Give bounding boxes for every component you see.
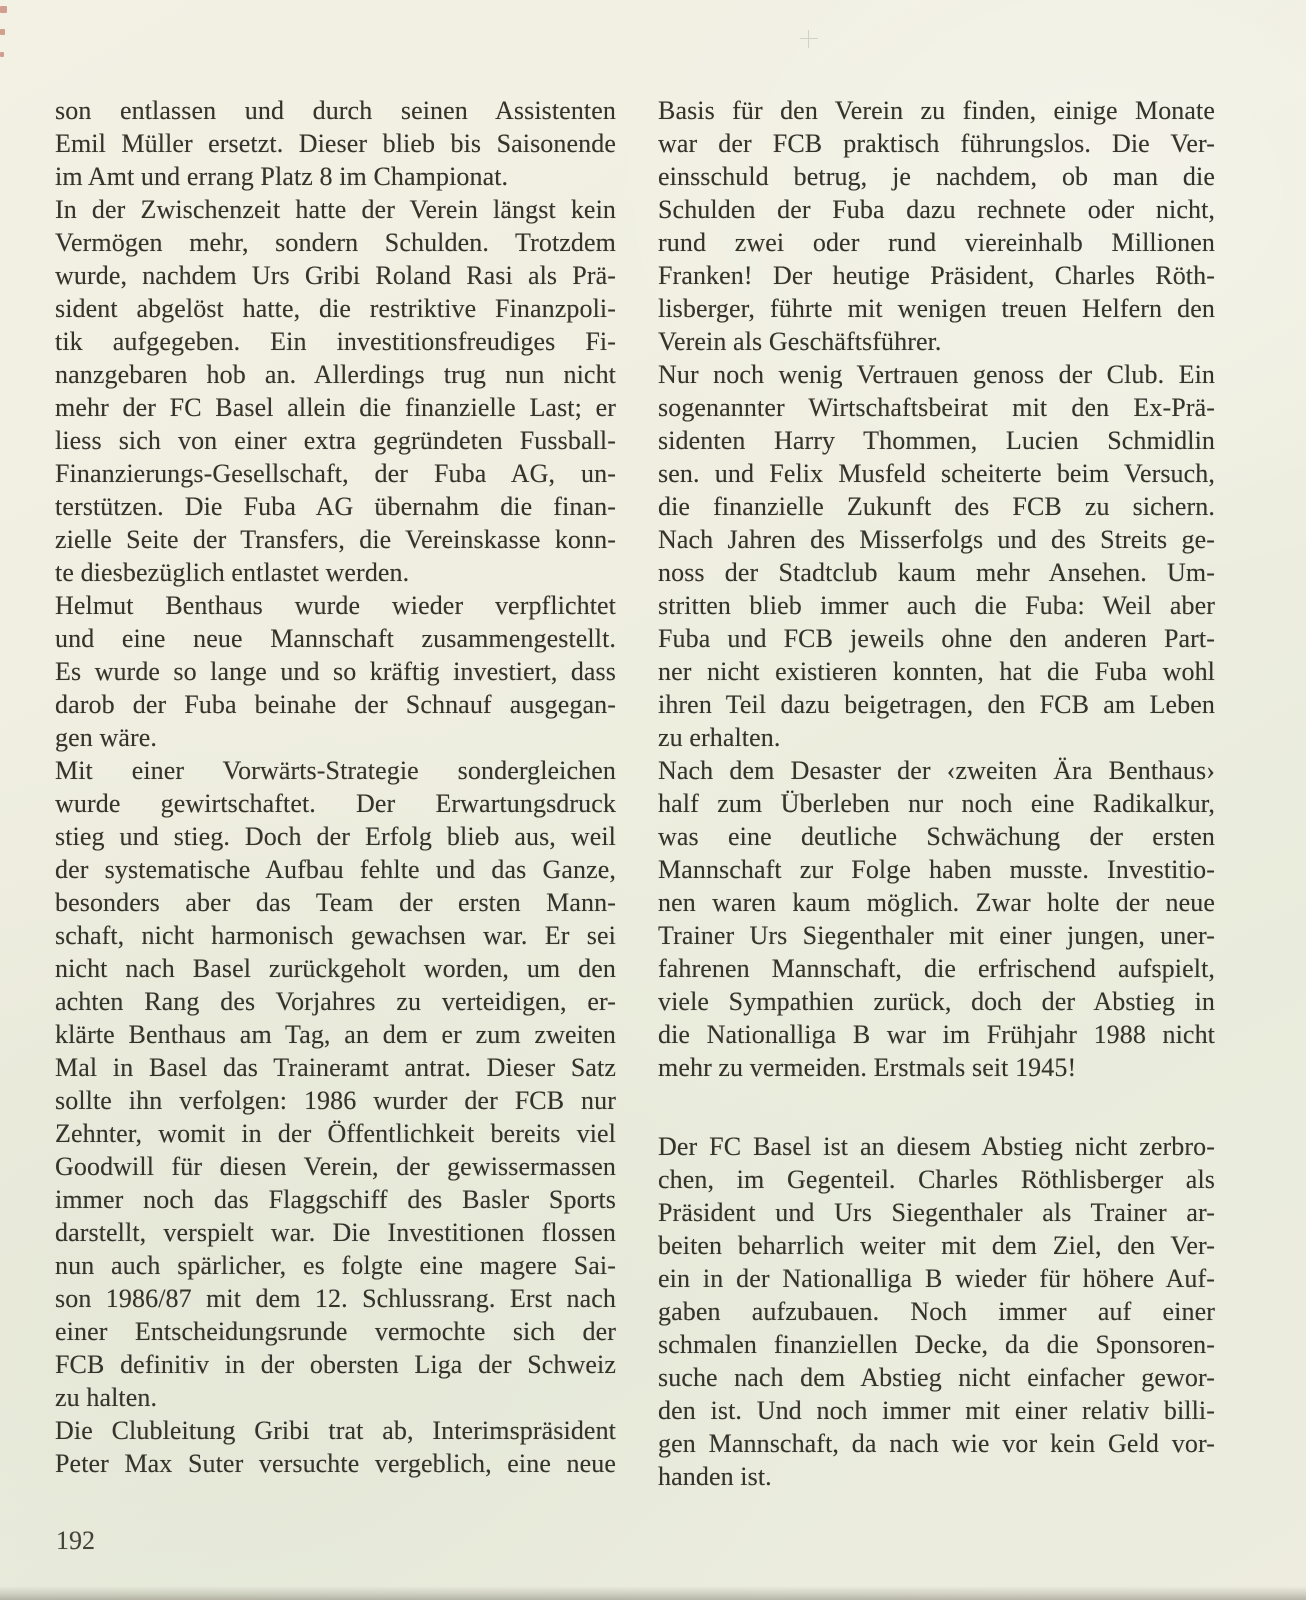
text-line: Mit einer Vorwärts-Strategie sondergleic… bbox=[55, 754, 616, 787]
text-line: zu erhalten. bbox=[658, 721, 1215, 754]
text-line: Peter Max Suter versuchte vergeblich, ei… bbox=[55, 1447, 616, 1480]
text-line: immer noch das Flaggschiff des Basler Sp… bbox=[55, 1183, 616, 1216]
text-line: wurde, nachdem Urs Gribi Roland Rasi als… bbox=[55, 259, 616, 292]
text-line: Basis für den Verein zu finden, einige M… bbox=[658, 94, 1215, 127]
text-line: sogenannter Wirtschaftsbeirat mit den Ex… bbox=[658, 391, 1215, 424]
text-line: son 1986/87 mit dem 12. Schlussrang. Ers… bbox=[55, 1282, 616, 1315]
text-line: einsschuld betrug, je nachdem, ob man di… bbox=[658, 160, 1215, 193]
text-line: stieg und stieg. Doch der Erfolg blieb a… bbox=[55, 820, 616, 853]
registration-cross-mark bbox=[800, 30, 818, 48]
text-line: sident abgelöst hatte, die restriktive F… bbox=[55, 292, 616, 325]
text-line: war der FCB praktisch führungslos. Die V… bbox=[658, 127, 1215, 160]
text-line: Franken! Der heutige Präsident, Charles … bbox=[658, 259, 1215, 292]
text-line: gen Mannschaft, da nach wie vor kein Gel… bbox=[658, 1427, 1215, 1460]
text-line: Die Clubleitung Gribi trat ab, Interimsp… bbox=[55, 1414, 616, 1447]
text-line: Der FC Basel ist an diesem Abstieg nicht… bbox=[658, 1130, 1215, 1163]
text-line: der systematische Aufbau fehlte und das … bbox=[55, 853, 616, 886]
text-line: gaben aufzubauen. Noch immer auf einer bbox=[658, 1295, 1215, 1328]
text-line: wurde gewirtschaftet. Der Erwartungsdruc… bbox=[55, 787, 616, 820]
text-line: handen ist. bbox=[658, 1460, 1215, 1493]
text-line: darob der Fuba beinahe der Schnauf ausge… bbox=[55, 688, 616, 721]
text-line: klärte Benthaus am Tag, an dem er zum zw… bbox=[55, 1018, 616, 1051]
text-line: Nur noch wenig Vertrauen genoss der Club… bbox=[658, 358, 1215, 391]
text-line: den ist. Und noch immer mit einer relati… bbox=[658, 1394, 1215, 1427]
text-line: stritten blieb immer auch die Fuba: Weil… bbox=[658, 589, 1215, 622]
text-line: rund zwei oder rund viereinhalb Millione… bbox=[658, 226, 1215, 259]
text-line: ein in der Nationalliga B wieder für höh… bbox=[658, 1262, 1215, 1295]
text-column-left: son entlassen und durch seinen Assistent… bbox=[55, 94, 616, 1480]
text-line: ihren Teil dazu beigetragen, den FCB am … bbox=[658, 688, 1215, 721]
text-line: ner nicht existieren konnten, hat die Fu… bbox=[658, 655, 1215, 688]
text-line: liess sich von einer extra gegründeten F… bbox=[55, 424, 616, 457]
text-line: nanzgebaren hob an. Allerdings trug nun … bbox=[55, 358, 616, 391]
text-line: Vermögen mehr, sondern Schulden. Trotzde… bbox=[55, 226, 616, 259]
text-line: sidenten Harry Thommen, Lucien Schmidlin bbox=[658, 424, 1215, 457]
text-line: lisberger, führte mit wenigen treuen Hel… bbox=[658, 292, 1215, 325]
text-line: In der Zwischenzeit hatte der Verein län… bbox=[55, 193, 616, 226]
text-line: und eine neue Mannschaft zusammengestell… bbox=[55, 622, 616, 655]
text-line: zielle Seite der Transfers, die Vereinsk… bbox=[55, 523, 616, 556]
text-line: Es wurde so lange und so kräftig investi… bbox=[55, 655, 616, 688]
text-line: FCB definitiv in der obersten Liga der S… bbox=[55, 1348, 616, 1381]
text-line: te diesbezüglich entlastet werden. bbox=[55, 556, 616, 589]
scan-artifact-mark bbox=[0, 6, 7, 13]
text-line: Finanzierungs-Gesellschaft, der Fuba AG,… bbox=[55, 457, 616, 490]
text-line: Emil Müller ersetzt. Dieser blieb bis Sa… bbox=[55, 127, 616, 160]
text-line: nicht nach Basel zurückgeholt worden, um… bbox=[55, 952, 616, 985]
text-line: Nach dem Desaster der ‹zweiten Ära Benth… bbox=[658, 754, 1215, 787]
text-line: Zehnter, womit in der Öffentlichkeit ber… bbox=[55, 1117, 616, 1150]
text-column-right: Basis für den Verein zu finden, einige M… bbox=[658, 94, 1215, 1493]
text-line: die finanzielle Zukunft des FCB zu siche… bbox=[658, 490, 1215, 523]
text-line: darstellt, verspielt war. Die Investitio… bbox=[55, 1216, 616, 1249]
text-line: viele Sympathien zurück, doch der Abstie… bbox=[658, 985, 1215, 1018]
text-line: Mal in Basel das Traineramt antrat. Dies… bbox=[55, 1051, 616, 1084]
text-line: Fuba und FCB jeweils ohne den anderen Pa… bbox=[658, 622, 1215, 655]
text-line: Nach Jahren des Misserfolgs und des Stre… bbox=[658, 523, 1215, 556]
text-line: nun auch spärlicher, es folgte eine mage… bbox=[55, 1249, 616, 1282]
text-line: sollte ihn verfolgen: 1986 wurder der FC… bbox=[55, 1084, 616, 1117]
text-line: einer Entscheidungsrunde vermochte sich … bbox=[55, 1315, 616, 1348]
text-line: son entlassen und durch seinen Assistent… bbox=[55, 94, 616, 127]
text-line: suche nach dem Abstieg nicht einfacher g… bbox=[658, 1361, 1215, 1394]
text-line: besonders aber das Team der ersten Mann- bbox=[55, 886, 616, 919]
text-line: was eine deutliche Schwächung der ersten bbox=[658, 820, 1215, 853]
text-line: schmalen finanziellen Decke, da die Spon… bbox=[658, 1328, 1215, 1361]
text-line: Präsident und Urs Siegenthaler als Train… bbox=[658, 1196, 1215, 1229]
text-line: Mannschaft zur Folge haben musste. Inves… bbox=[658, 853, 1215, 886]
scan-artifact-mark bbox=[0, 29, 5, 35]
text-line: noss der Stadtclub kaum mehr Ansehen. Um… bbox=[658, 556, 1215, 589]
scan-artifact-mark bbox=[0, 52, 4, 57]
text-line: sen. und Felix Musfeld scheiterte beim V… bbox=[658, 457, 1215, 490]
text-line: half zum Überleben nur noch eine Radikal… bbox=[658, 787, 1215, 820]
text-line: Schulden der Fuba dazu rechnete oder nic… bbox=[658, 193, 1215, 226]
text-line: chen, im Gegenteil. Charles Röthlisberge… bbox=[658, 1163, 1215, 1196]
text-line: achten Rang des Vorjahres zu verteidigen… bbox=[55, 985, 616, 1018]
text-line: Goodwill für diesen Verein, der gewisser… bbox=[55, 1150, 616, 1183]
scan-bottom-edge bbox=[0, 1586, 1306, 1600]
paragraph-gap bbox=[658, 1084, 1215, 1130]
text-line: Trainer Urs Siegenthaler mit einer junge… bbox=[658, 919, 1215, 952]
text-line: Verein als Geschäftsführer. bbox=[658, 325, 1215, 358]
text-line: schaft, nicht harmonisch gewachsen war. … bbox=[55, 919, 616, 952]
text-line: mehr zu vermeiden. Erstmals seit 1945! bbox=[658, 1051, 1215, 1084]
text-line: im Amt und errang Platz 8 im Championat. bbox=[55, 160, 616, 193]
text-line: mehr der FC Basel allein die finanzielle… bbox=[55, 391, 616, 424]
book-page: son entlassen und durch seinen Assistent… bbox=[0, 0, 1306, 1600]
text-line: tik aufgegeben. Ein investitionsfreudige… bbox=[55, 325, 616, 358]
text-line: nen waren kaum möglich. Zwar holte der n… bbox=[658, 886, 1215, 919]
text-line: beiten beharrlich weiter mit dem Ziel, d… bbox=[658, 1229, 1215, 1262]
text-line: terstützen. Die Fuba AG übernahm die fin… bbox=[55, 490, 616, 523]
text-line: gen wäre. bbox=[55, 721, 616, 754]
text-line: die Nationalliga B war im Frühjahr 1988 … bbox=[658, 1018, 1215, 1051]
text-line: fahrenen Mannschaft, die erfrischend auf… bbox=[658, 952, 1215, 985]
page-number: 192 bbox=[56, 1526, 95, 1556]
text-line: zu halten. bbox=[55, 1381, 616, 1414]
text-line: Helmut Benthaus wurde wieder verpflichte… bbox=[55, 589, 616, 622]
